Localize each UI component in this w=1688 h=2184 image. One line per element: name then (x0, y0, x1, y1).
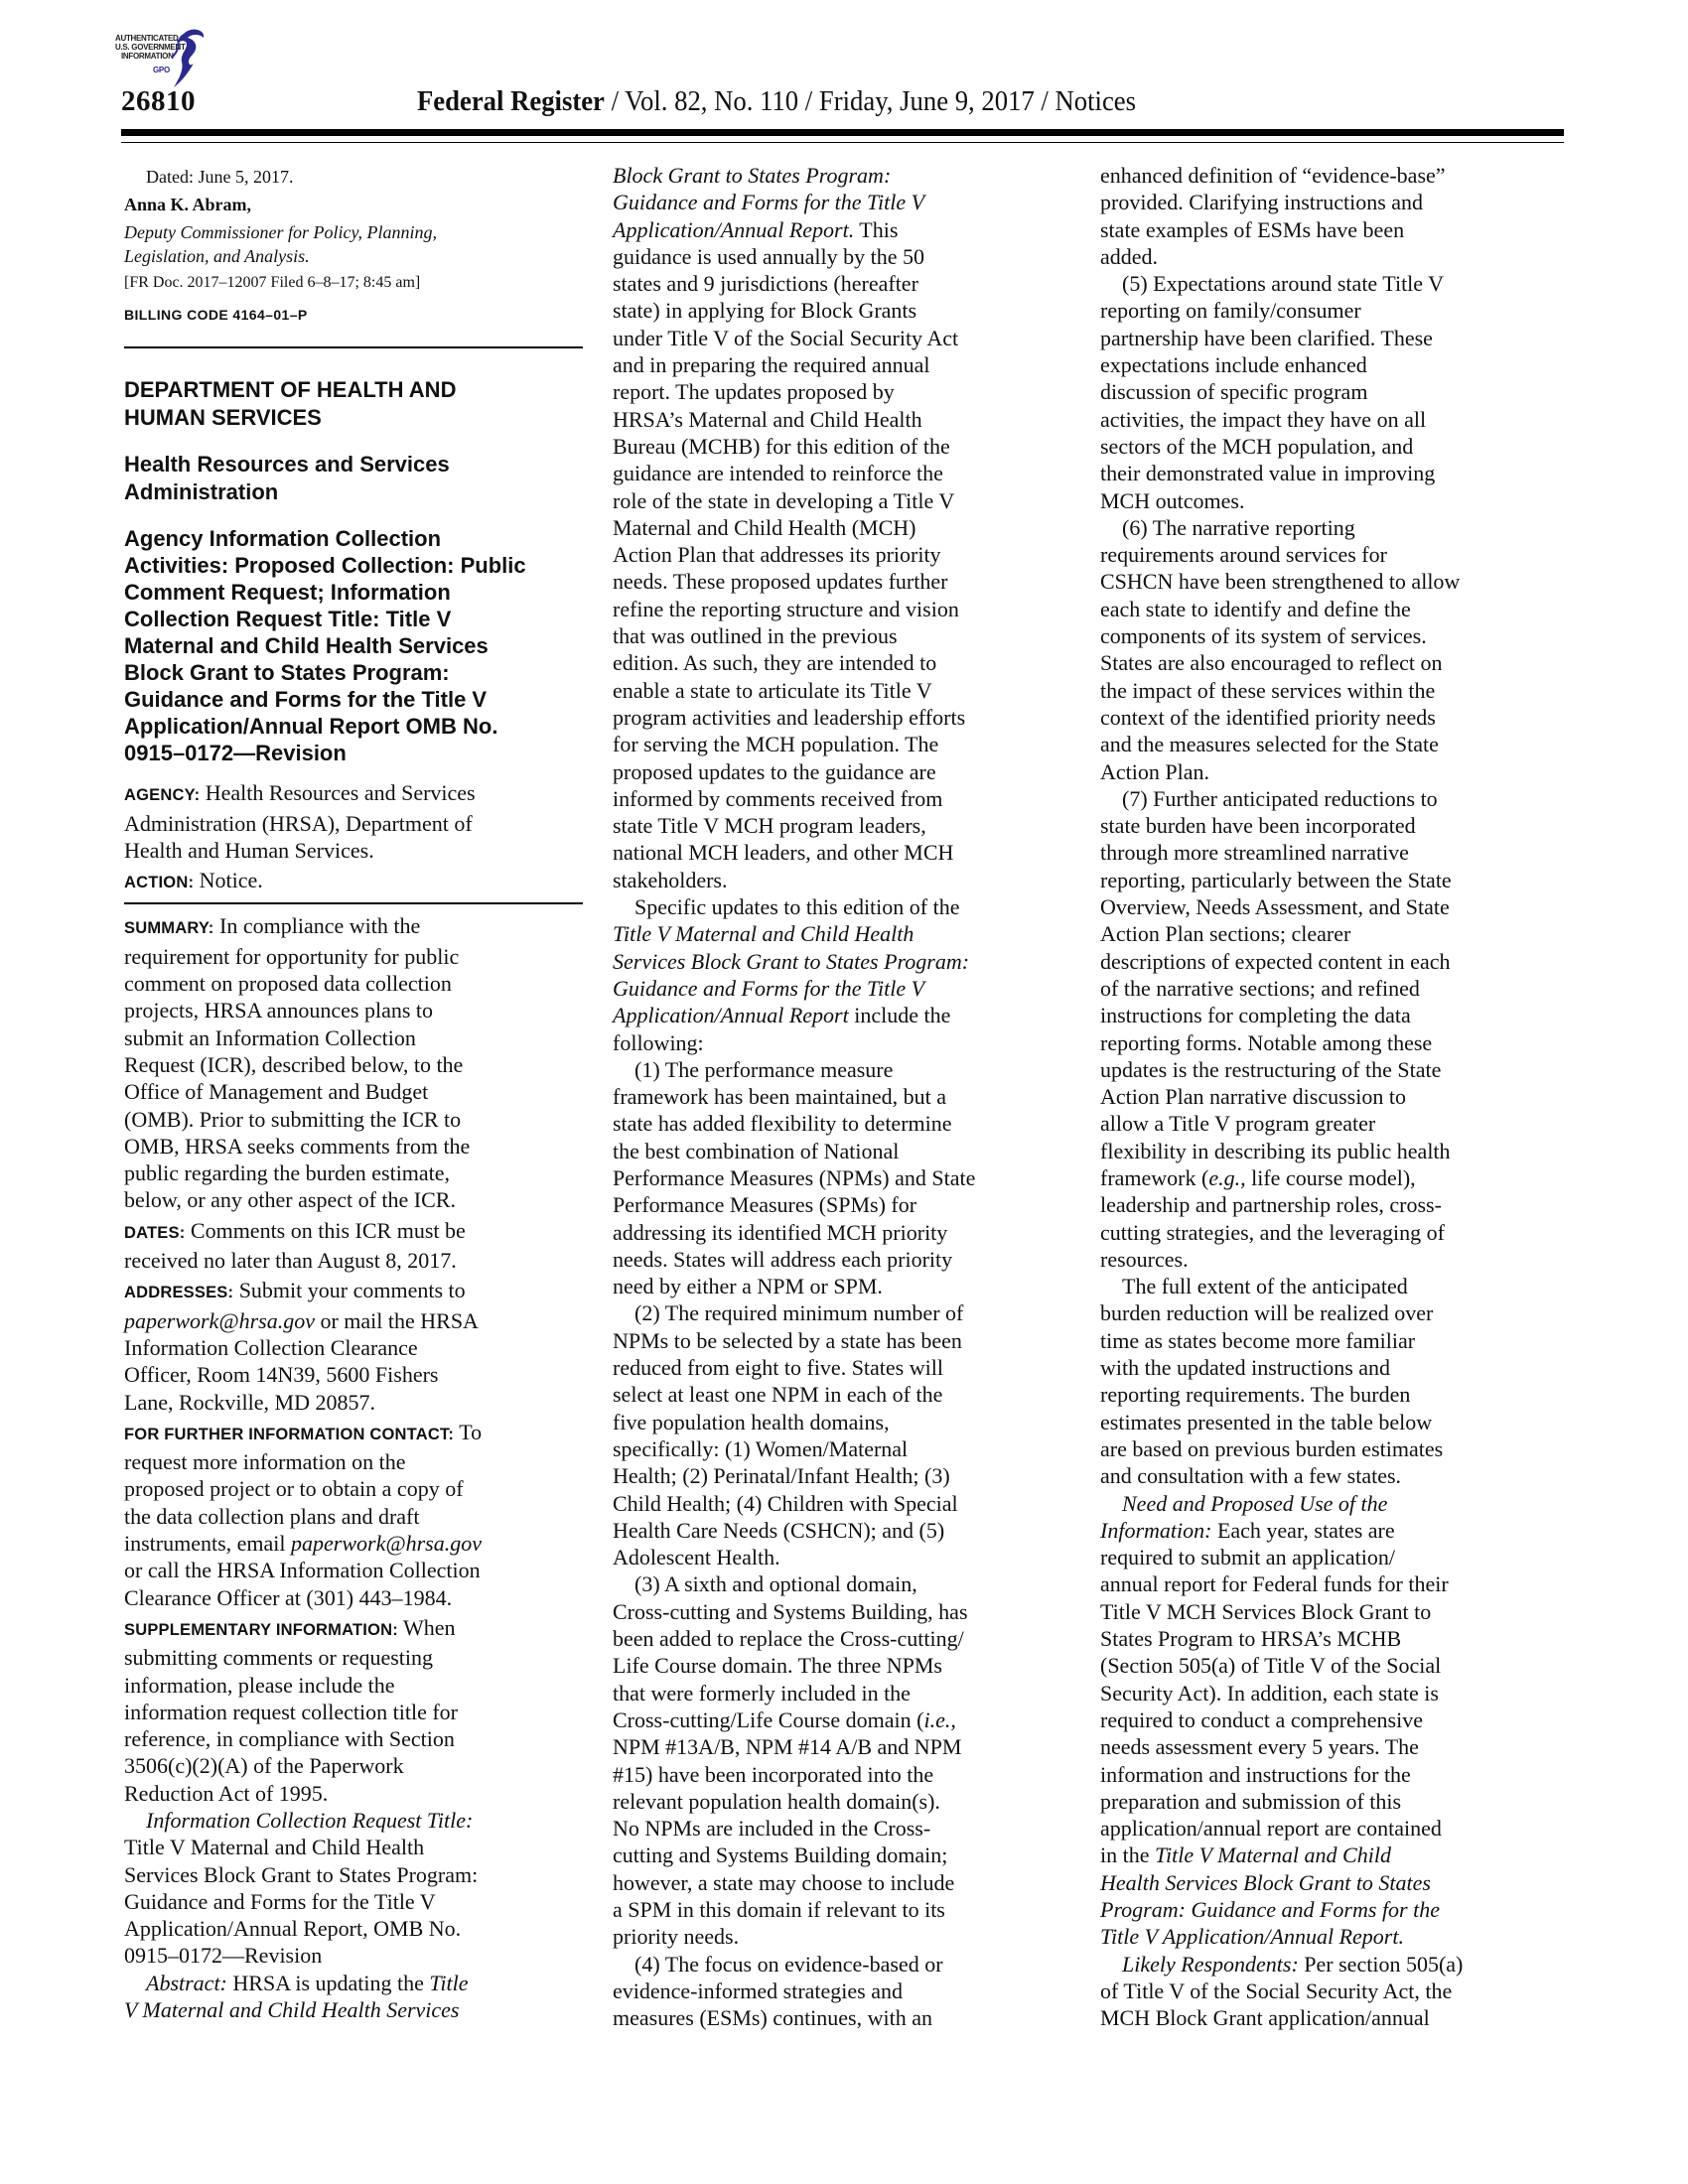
header-rule-thick (121, 129, 1564, 136)
summary-label: SUMMARY: (124, 919, 214, 937)
icr-title-label: Information Collection Request Title: (146, 1808, 473, 1833)
summary-paragraph: SUMMARY: In compliance with the requirem… (124, 912, 583, 1213)
addresses-paragraph: ADDRESSES: Submit your comments to paper… (124, 1277, 583, 1415)
addresses-label: ADDRESSES: (124, 1284, 233, 1301)
gpo-eagle-icon (170, 28, 219, 89)
issue-date: Friday, June 9, 2017 (819, 85, 1035, 117)
logo-text-line1: AUTHENTICATED (115, 34, 179, 43)
agency-heading: Health Resources and Services Administra… (124, 451, 583, 505)
summary-text: In compliance with the requirement for o… (124, 913, 470, 1212)
abstract-paragraph: Abstract: HRSA is updating the Title V M… (124, 1970, 583, 2024)
item3-text: (3) A sixth and optional domain, Cross-c… (613, 1571, 968, 1731)
header-rule-thin (121, 142, 1564, 143)
billing-code: BILLING CODE 4164–01–P (124, 302, 583, 329)
action-label: ACTION: (124, 874, 194, 891)
fr-doc-line: [FR Doc. 2017–12007 Filed 6–8–17; 8:45 a… (124, 272, 583, 294)
update-item-4: (4) The focus on evidence-based or evide… (613, 1951, 1071, 2032)
abstract-label: Abstract: (146, 1971, 227, 1995)
agency-paragraph: AGENCY: Health Resources and Services Ad… (124, 779, 583, 864)
running-header: Federal Register / Vol. 82, No. 110 / Fr… (417, 85, 1136, 118)
department-heading: DEPARTMENT OF HEALTH AND HUMAN SERVICES (124, 376, 583, 431)
logo-mark: GPO (153, 66, 170, 74)
respondents-paragraph: Likely Respondents: Per section 505(a) o… (1100, 1951, 1559, 2032)
need-paragraph: Need and Proposed Use of the Information… (1100, 1490, 1559, 1951)
item7-eg: e.g., (1208, 1165, 1245, 1190)
document-title: Agency Information Collection Activities… (124, 525, 583, 766)
dates-paragraph: DATES: Comments on this ICR must be rece… (124, 1217, 583, 1275)
burden-paragraph: The full extent of the anticipated burde… (1100, 1273, 1559, 1489)
column-right: enhanced definition of “evidence-base” p… (1100, 162, 1559, 2031)
update-item-6: (6) The narrative reporting requirements… (1100, 514, 1559, 785)
specific-updates-paragraph: Specific updates to this edition of the … (613, 893, 1071, 1056)
icr-title-text: Title V Maternal and Child Health Servic… (124, 1835, 478, 1968)
contact-text-cont: or call the HRSA Information Collection … (124, 1558, 481, 1609)
abstract-text: HRSA is updating the (227, 1971, 430, 1995)
supplementary-label: SUPPLEMENTARY INFORMATION: (124, 1621, 398, 1639)
supplementary-paragraph: SUPPLEMENTARY INFORMATION: When submitti… (124, 1614, 583, 1807)
contact-paragraph: FOR FURTHER INFORMATION CONTACT: To requ… (124, 1419, 583, 1611)
item3-ie: i.e., (923, 1707, 955, 1732)
action-paragraph: ACTION: Notice. (124, 867, 583, 896)
section-divider (124, 902, 583, 904)
need-text: Each year, states are required to submit… (1100, 1518, 1449, 1868)
respondents-label: Likely Respondents: (1122, 1952, 1299, 1977)
dates-label: DATES: (124, 1224, 185, 1242)
update-item-2: (2) The required minimum number of NPMs … (613, 1299, 1071, 1570)
abstract-paragraph-cont: Block Grant to States Program: Guidance … (613, 162, 1071, 893)
update-item-3: (3) A sixth and optional domain, Cross-c… (613, 1570, 1071, 1950)
header-separator: / (605, 85, 625, 117)
section-divider (124, 346, 583, 348)
specific-updates-text: Specific updates to this edition of the (634, 894, 960, 919)
contact-label: FOR FURTHER INFORMATION CONTACT: (124, 1426, 454, 1443)
icr-title-paragraph: Information Collection Request Title: Ti… (124, 1807, 583, 1970)
volume-issue: Vol. 82, No. 110 (625, 85, 798, 117)
logo-text-line3: INFORMATION (121, 52, 174, 61)
update-item-1: (1) The performance measure framework ha… (613, 1056, 1071, 1300)
item7-text: (7) Further anticipated reductions to st… (1100, 786, 1452, 1190)
header-separator: / (1035, 85, 1055, 117)
dated-line: Dated: June 5, 2017. (124, 165, 583, 189)
action-text: Notice. (194, 868, 263, 892)
publication-name: Federal Register (417, 85, 605, 117)
signer-name: Anna K. Abram, (124, 193, 583, 216)
column-left: Dated: June 5, 2017. Anna K. Abram, Depu… (124, 162, 583, 2023)
item3-text-cont: NPM #13A/B, NPM #14 A/B and NPM #15) hav… (613, 1734, 961, 1949)
supplementary-text: When submitting comments or requesting i… (124, 1615, 458, 1806)
page-number: 26810 (121, 85, 196, 118)
addresses-text: Submit your comments to (233, 1278, 465, 1302)
email-link[interactable]: paperwork@hrsa.gov (291, 1531, 482, 1556)
update-item-4-cont: enhanced definition of “evidence-base” p… (1100, 162, 1559, 270)
agency-label: AGENCY: (124, 786, 200, 804)
email-link[interactable]: paperwork@hrsa.gov (124, 1308, 315, 1333)
column-middle: Block Grant to States Program: Guidance … (613, 162, 1071, 2031)
section-name: Notices (1055, 85, 1137, 117)
update-item-5: (5) Expectations around state Title V re… (1100, 270, 1559, 514)
signer-title: Deputy Commissioner for Policy, Planning… (124, 220, 583, 268)
header-separator: / (798, 85, 819, 117)
abstract-body: This guidance is used annually by the 50… (613, 217, 965, 892)
update-item-7: (7) Further anticipated reductions to st… (1100, 785, 1559, 1273)
gpo-authentication-logo: AUTHENTICATED U.S. GOVERNMENT INFORMATIO… (115, 28, 224, 89)
